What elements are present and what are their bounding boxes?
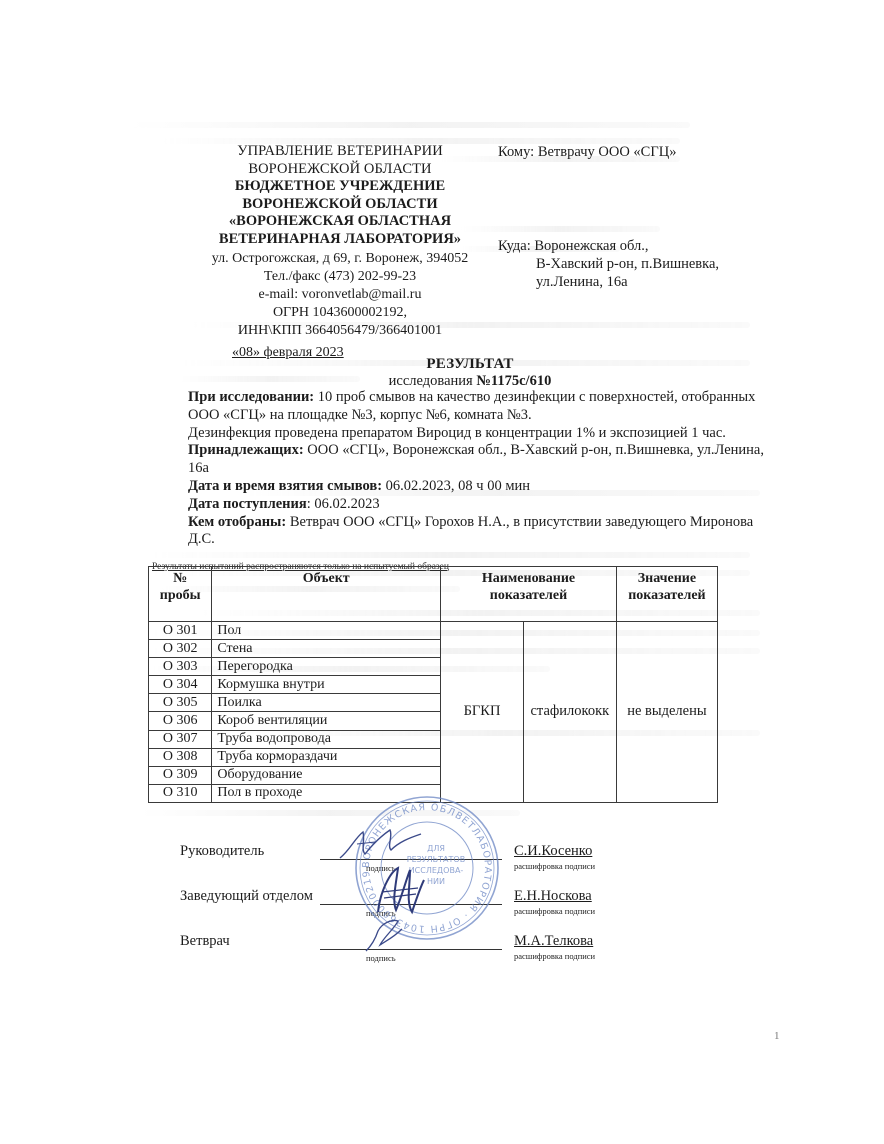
header-sample-no: № пробы [149,567,212,622]
sample-no: О 301 [149,622,212,640]
table-header-row: № пробы Объект Наименование показателей … [149,567,718,622]
department-name-line-1: УПРАВЛЕНИЕ ВЕТЕРИНАРИИ [190,143,490,161]
received-label: Дата поступления [188,496,307,512]
sample-no: О 306 [149,712,212,730]
sampling-label: Дата и время взятия смывов: [188,478,382,494]
result-number: №1175с/610 [476,373,551,389]
signer-name-label: расшифровка подписи [514,951,595,961]
sample-object: Оборудование [212,766,441,784]
signer-role: Ветврач [180,933,230,950]
sample-object: Кормушка внутри [212,676,441,694]
sample-object: Стена [212,640,441,658]
sample-object: Перегородка [212,658,441,676]
institution-name-line-1: БЮДЖЕТНОЕ УЧРЕЖДЕНИЕ [190,178,490,196]
where-line-1: Воронежская обл., [534,238,648,254]
result-subtitle: исследования №1175с/610 [180,373,760,390]
indicator-staphylococcus: стафилококк [523,622,616,803]
document-page: УПРАВЛЕНИЕ ВЕТЕРИНАРИИ ВОРОНЕЖСКОЙ ОБЛАС… [0,0,884,1144]
collected-by-paragraph: Кем отобраны: Ветврач ООО «СГЦ» Горохов … [188,514,768,550]
sample-no: О 309 [149,766,212,784]
signature-head-icon [335,820,425,865]
where-line-2: В-Хавский р-он, п.Вишневка, [498,255,719,273]
sample-no: О 310 [149,784,212,802]
signer-name: С.И.Косенко [514,843,592,860]
where-label: Куда: [498,238,531,254]
department-name-line-2: ВОРОНЕЖСКОЙ ОБЛАСТИ [190,161,490,179]
signer-name-label: расшифровка подписи [514,861,595,871]
header-indicator-name: Наименование показателей [441,567,617,622]
sample-no: О 302 [149,640,212,658]
institution-name-line-3: «ВОРОНЕЖСКАЯ ОБЛАСТНАЯ [190,213,490,231]
header-object: Объект [212,567,441,622]
sender-address: ул. Острогожская, д 69, г. Воронеж, 3940… [190,250,490,268]
owner-label: Принадлежащих: [188,442,304,458]
study-label: При исследовании: [188,389,314,405]
sampling-paragraph: Дата и время взятия смывов: 06.02.2023, … [188,478,768,496]
signature-line-label: подпись [366,953,396,963]
result-subtitle-prefix: исследования [389,373,477,389]
where-line-3: ул.Ленина, 16а [498,273,719,291]
study-paragraph: При исследовании: 10 проб смывов на каче… [188,389,768,425]
sample-no: О 308 [149,748,212,766]
recipient-to: Кому: Ветврачу ООО «СГЦ» [498,144,676,161]
disinfection-paragraph: Дезинфекция проведена препаратом Вироцид… [188,425,768,443]
svg-text:ДЛЯ: ДЛЯ [427,844,445,853]
sample-object: Труба кормораздачи [212,748,441,766]
to-value: Ветврачу ООО «СГЦ» [538,144,677,160]
table-row: О 301 Пол БГКП стафилококк не выделены [149,622,718,640]
institution-name-line-4: ВЕТЕРИНАРНАЯ ЛАБОРАТОРИЯ» [190,231,490,249]
signer-name: М.А.Телкова [514,933,593,950]
indicator-bgkp: БГКП [441,622,524,803]
sampling-text: 06.02.2023, 08 ч 00 мин [382,478,530,494]
sender-email: e-mail: voronvetlab@mail.ru [190,286,490,304]
sender-ogrn: ОГРН 1043600002192, [190,304,490,322]
signer-name-label: расшифровка подписи [514,906,595,916]
signature-vet-icon [362,915,422,953]
institution-name-line-2: ВОРОНЕЖСКОЙ ОБЛАСТИ [190,196,490,214]
signature-department-head-icon [370,862,430,917]
signer-role: Руководитель [180,843,264,860]
signer-role: Заведующий отделом [180,888,313,905]
sample-object: Пол [212,622,441,640]
study-details: При исследовании: 10 проб смывов на каче… [188,389,768,549]
sample-object: Короб вентиляции [212,712,441,730]
recipient-address: Куда: Воронежская обл., В-Хавский р-он, … [498,237,719,291]
page-number: 1 [774,1030,780,1042]
sample-object: Труба водопровода [212,730,441,748]
sample-no: О 303 [149,658,212,676]
sample-no: О 305 [149,694,212,712]
sample-object: Поилка [212,694,441,712]
sender-inn-kpp: ИНН\КПП 3664056479/366401001 [190,322,490,340]
sender-header: УПРАВЛЕНИЕ ВЕТЕРИНАРИИ ВОРОНЕЖСКОЙ ОБЛАС… [190,143,490,340]
received-text: : 06.02.2023 [307,496,380,512]
result-title: РЕЗУЛЬТАТ [180,356,760,373]
results-table: № пробы Объект Наименование показателей … [148,566,718,803]
to-label: Кому: [498,144,534,160]
collected-by-label: Кем отобраны: [188,514,286,530]
owner-paragraph: Принадлежащих: ООО «СГЦ», Воронежская об… [188,442,768,478]
sample-no: О 304 [149,676,212,694]
received-paragraph: Дата поступления: 06.02.2023 [188,496,768,514]
indicator-value: не выделены [616,622,717,803]
sample-no: О 307 [149,730,212,748]
signer-name: Е.Н.Носкова [514,888,592,905]
sender-phone: Тел./факс (473) 202-99-23 [190,268,490,286]
header-indicator-value: Значение показателей [616,567,717,622]
